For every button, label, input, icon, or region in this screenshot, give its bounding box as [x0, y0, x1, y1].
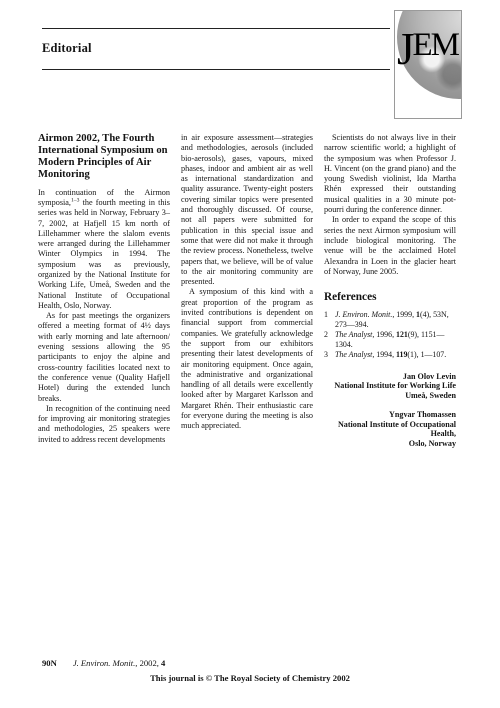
signature-affiliation: National Institute for Working Life: [324, 381, 456, 391]
reference-text: (1), 1—107.: [407, 350, 446, 359]
reference-journal: J. Environ. Monit.: [335, 310, 392, 319]
reference-text: , 1994,: [372, 350, 396, 359]
column-1: Airmon 2002, The Fourth International Sy…: [38, 133, 170, 449]
column-2: in air exposure assessment—strategies an…: [181, 133, 313, 449]
journal-editorial-page: Editorial JEM Airmon 2002, The Fourth In…: [0, 0, 500, 708]
reference-volume: 121: [396, 330, 408, 339]
header-rule-bottom: [42, 69, 390, 70]
signature-name: Yngvar Thomassen: [324, 410, 456, 420]
reference-text: , 1996,: [372, 330, 396, 339]
reference-item: 2The Analyst, 1996, 121(9), 1151—1304.: [324, 330, 456, 350]
paragraph-acknowledgement: A symposium of this kind with a great pr…: [181, 287, 313, 431]
reference-text: , 1999,: [392, 310, 416, 319]
page-number: 90N: [42, 658, 57, 668]
jem-journal-logo: JEM: [394, 10, 462, 119]
paragraph-next-symposium: In order to expand the scope of this ser…: [324, 215, 456, 277]
reference-number: 3: [324, 350, 328, 360]
column-3: Scientists do not always live in their n…: [324, 133, 456, 449]
article-body: Airmon 2002, The Fourth International Sy…: [38, 133, 456, 449]
reference-number: 1: [324, 310, 328, 320]
copyright-notice: This journal is © The Royal Society of C…: [0, 673, 500, 683]
paragraph-music: Scientists do not always live in their n…: [324, 133, 456, 215]
reference-list: 1J. Environ. Monit., 1999, 1(4), 53N, 27…: [324, 310, 456, 360]
paragraph-speakers: In recognition of the continuing need fo…: [38, 404, 170, 445]
footer-citation: 90NJ. Environ. Monit., 2002, 4: [42, 658, 165, 668]
section-heading: Editorial: [42, 41, 92, 56]
signature-affiliation: National Institute of Occupational Healt…: [324, 420, 456, 439]
paragraph-meeting-format: As for past meetings the organizers offe…: [38, 311, 170, 404]
reference-journal: The Analyst: [335, 350, 372, 359]
footer-journal-title: J. Environ. Monit.: [73, 658, 135, 668]
article-title: Airmon 2002, The Fourth International Sy…: [38, 133, 170, 181]
signature-location: Oslo, Norway: [324, 439, 456, 449]
reference-item: 1J. Environ. Monit., 1999, 1(4), 53N, 27…: [324, 310, 456, 330]
signature-name: Jan Olov Levin: [324, 372, 456, 382]
paragraph-topics: in air exposure assessment—strategies an…: [181, 133, 313, 287]
reference-journal: The Analyst: [335, 330, 372, 339]
signature-location: Umeå, Sweden: [324, 391, 456, 401]
paragraph-intro: In continuation of the Airmon symposia,1…: [38, 188, 170, 312]
footer-citation-year: , 2002,: [135, 658, 161, 668]
header-rule-top: [42, 28, 390, 29]
footer-citation-volume: 4: [161, 658, 165, 668]
signature-block: Yngvar Thomassen National Institute of O…: [324, 410, 456, 449]
jem-logo-text: JEM: [397, 27, 458, 72]
reference-item: 3The Analyst, 1994, 119(1), 1—107.: [324, 350, 456, 360]
reference-volume: 119: [396, 350, 407, 359]
signature-block: Jan Olov Levin National Institute for Wo…: [324, 372, 456, 401]
paragraph-text: the fourth meeting in this series was he…: [38, 198, 170, 310]
reference-number: 2: [324, 330, 328, 340]
references-heading: References: [324, 291, 456, 303]
